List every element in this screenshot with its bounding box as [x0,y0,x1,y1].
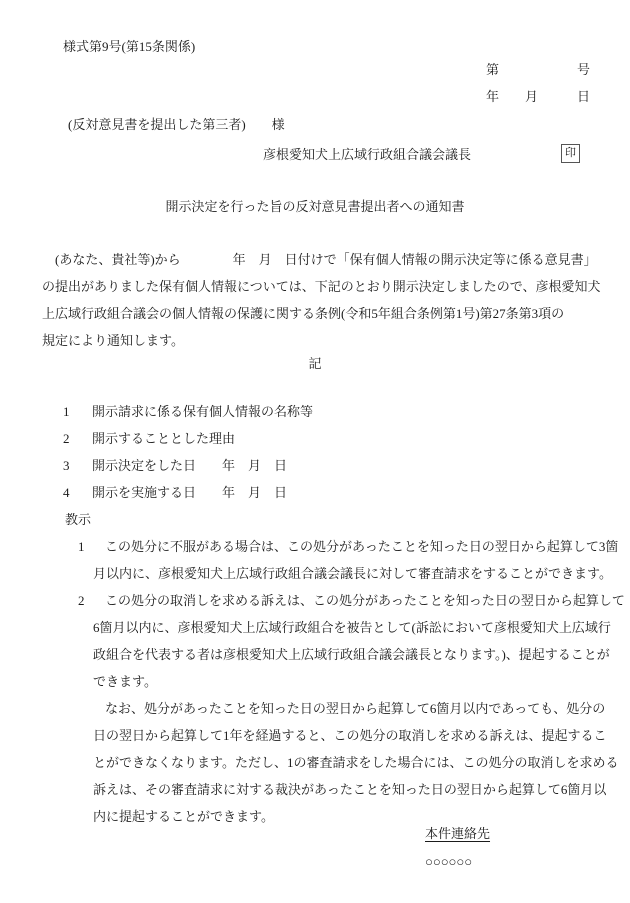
item-text: 開示を実施する日 年 月 日 [92,479,287,506]
kyoji-note-line1: なお、処分があったことを知った日の翌日から起算して6箇月以内であっても、処分の [42,695,602,722]
seal-stamp-icon: 印 [561,144,580,163]
numbered-items: 1開示請求に係る保有個人情報の名称等 2開示することとした理由 3開示決定をした… [63,398,603,506]
kyoji-note-line5: 内に提起することができます。 [42,803,602,830]
paragraph-line-1: (あなた、貴社等)から 年 月 日付けで「保有個人情報の開示決定等に係る意見書」 [42,246,602,273]
item-number: 4 [63,479,92,506]
kyoji-text: この処分の取消しを求める訴えは、この処分があったことを知った日の翌日から起算して [105,593,625,608]
paragraph-line-3: 上広域行政組合議会の個人情報の保護に関する条例(令和5年組合条例第1号)第27条… [42,300,602,327]
contact-value: ○○○○○○ [425,848,472,875]
list-item-4: 4開示を実施する日 年 月 日 [63,479,603,506]
kyoji-note-line2: 日の翌日から起算して1年を経過すると、この処分の取消しを求める訴えは、提起するこ [42,722,602,749]
kyoji-section: 1この処分に不服がある場合は、この処分があったことを知った日の翌日から起算して3… [42,533,602,830]
document-page: 様式第9号(第15条関係) 第 号 年 月 日 (反対意見書を提出した第三者) … [0,0,630,903]
kyoji-item2-line4: できます。 [42,668,602,695]
document-number-line: 第 号 [486,56,590,83]
issuer-line: 彦根愛知犬上広域行政組合議会議長 [263,141,471,168]
item-text: 開示することとした理由 [92,425,235,452]
list-item-3: 3開示決定をした日 年 月 日 [63,452,603,479]
kyoji-item2-line1: 2この処分の取消しを求める訴えは、この処分があったことを知った日の翌日から起算し… [42,587,602,614]
kyoji-item2-line2: 6箇月以内に、彦根愛知犬上広域行政組合を被告として(訴訟において彦根愛知犬上広域… [42,614,602,641]
kyoji-item1-line1: 1この処分に不服がある場合は、この処分があったことを知った日の翌日から起算して3… [42,533,602,560]
paragraph-line-2: の提出がありました保有個人情報については、下記のとおり開示決定しましたので、彦根… [42,273,602,300]
kyoji-item2-line3: 政組合を代表する者は彦根愛知犬上広域行政組合議会議長となります。)、提起すること… [42,641,602,668]
item-number: 3 [63,452,92,479]
item-text: 開示決定をした日 年 月 日 [92,452,287,479]
item-number: 2 [78,587,105,614]
document-title: 開示決定を行った旨の反対意見書提出者への通知書 [0,193,630,220]
kyoji-item1-line2: 月以内に、彦根愛知犬上広域行政組合議会議長に対して審査請求をすることができます。 [42,560,602,587]
ki-heading: 記 [0,350,630,377]
form-number: 様式第9号(第15条関係) [63,33,195,60]
kyoji-note-line3: とができなくなります。ただし、1の審査請求をした場合には、この処分の取消しを求め… [42,749,602,776]
date-line: 年 月 日 [486,83,590,110]
addressee-line: (反対意見書を提出した第三者) 様 [68,111,285,138]
kyoji-heading: 教示 [65,506,91,533]
contact-label: 本件連絡先 [425,820,490,847]
item-number: 2 [63,425,92,452]
list-item-1: 1開示請求に係る保有個人情報の名称等 [63,398,603,425]
intro-paragraph: (あなた、貴社等)から 年 月 日付けで「保有個人情報の開示決定等に係る意見書」… [42,246,602,354]
item-number: 1 [78,533,105,560]
item-number: 1 [63,398,92,425]
list-item-2: 2開示することとした理由 [63,425,603,452]
kyoji-text: この処分に不服がある場合は、この処分があったことを知った日の翌日から起算して3箇 [105,539,618,554]
item-text: 開示請求に係る保有個人情報の名称等 [92,398,313,425]
kyoji-note-line4: 訴えは、その審査請求に対する裁決があったことを知った日の翌日から起算して6箇月以 [42,776,602,803]
